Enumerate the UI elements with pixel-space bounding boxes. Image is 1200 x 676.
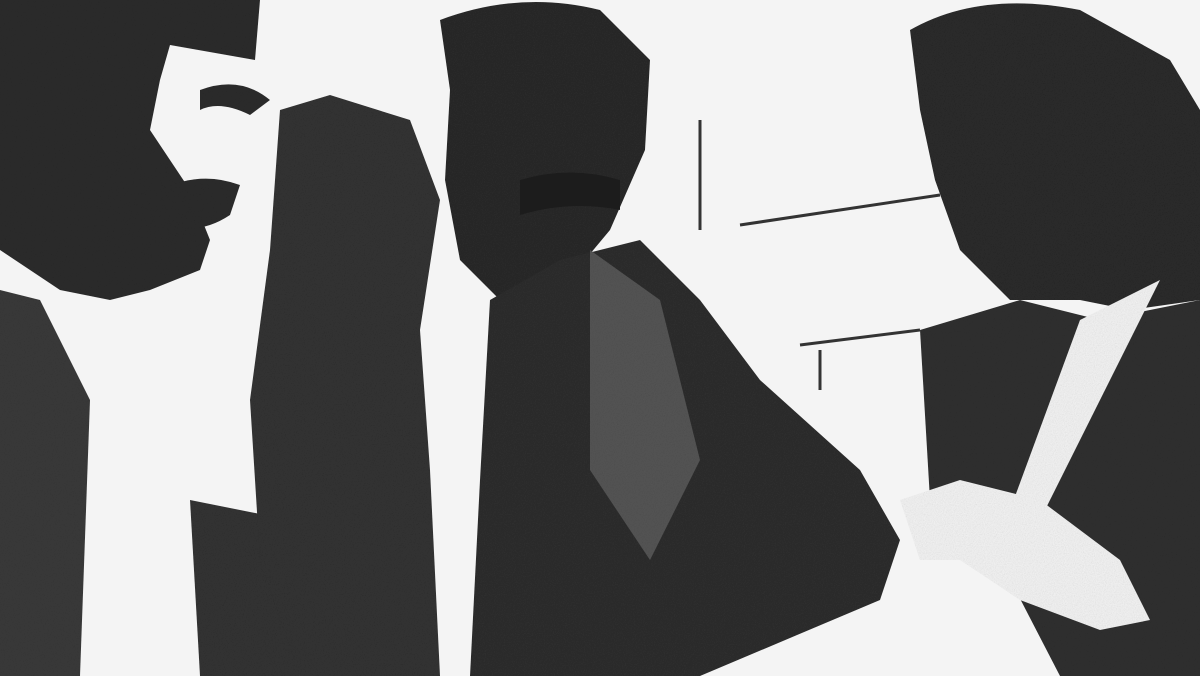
photograph: High-contrast black and white photograph… <box>0 0 1200 676</box>
middle-man <box>250 2 900 676</box>
left-man <box>0 0 300 676</box>
photo-illustration <box>0 0 1200 676</box>
